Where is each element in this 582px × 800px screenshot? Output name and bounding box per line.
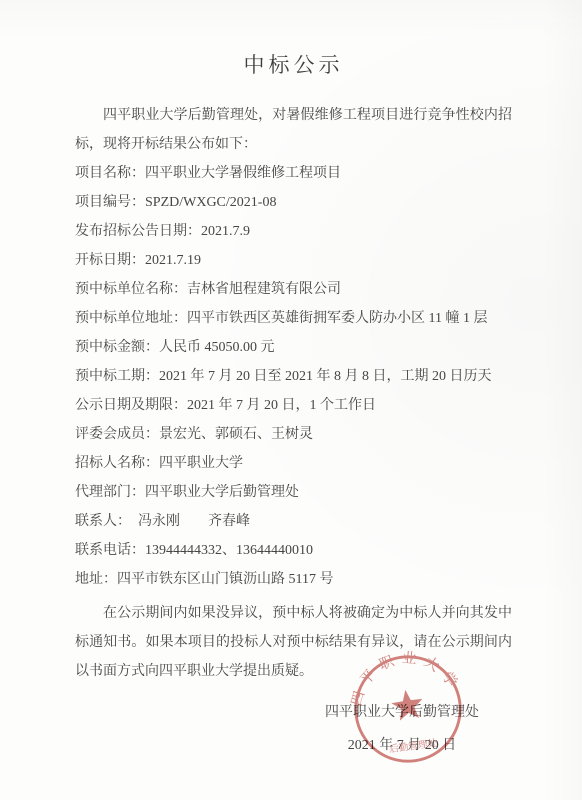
field-label: 预中标单位名称： <box>75 282 187 297</box>
field-label: 招标人名称： <box>75 456 159 471</box>
signature-org: 四平职业大学后勤管理处 <box>325 698 479 727</box>
field-address: 地址：四平市铁东区山门镇沥山路 5117 号 <box>75 565 512 594</box>
field-publicity-period: 公示日期及期限：2021 年 7 月 20 日，1 个工作日 <box>75 391 512 420</box>
field-construction-period: 预中标工期：2021 年 7 月 20 日至 2021 年 8 月 8 日，工期… <box>75 362 512 391</box>
field-tenderer-name: 招标人名称：四平职业大学 <box>75 449 512 478</box>
field-bid-amount: 预中标金额：人民币 45050.00 元 <box>75 333 512 362</box>
field-announcement-date: 发布招标公告日期：2021.7.9 <box>75 217 512 246</box>
field-label: 联系电话： <box>75 543 145 558</box>
field-label: 公示日期及期限： <box>75 398 187 413</box>
signature-block: 四平职业大学后勤管理处 2021 年 7 月 20 日 <box>325 698 479 760</box>
field-committee-members: 评委会成员：景宏光、郭硕石、王树灵 <box>75 420 512 449</box>
field-value: 2021.7.9 <box>201 224 250 239</box>
field-winner-name: 预中标单位名称：吉林省旭程建筑有限公司 <box>75 275 512 304</box>
field-label: 联系人： <box>75 514 124 529</box>
scanned-document-page: 中标公示 四平职业大学后勤管理处，对暑假维修工程项目进行竞争性校内招标，现将开标… <box>0 0 582 800</box>
field-project-name: 项目名称：四平职业大学暑假维修工程项目 <box>75 159 512 188</box>
signature-date: 2021 年 7 月 20 日 <box>348 731 457 760</box>
field-label: 开标日期： <box>75 253 145 268</box>
field-agency-department: 代理部门：四平职业大学后勤管理处 <box>75 478 512 507</box>
field-project-number: 项目编号：SPZD/WXGC/2021-08 <box>75 188 512 217</box>
field-label: 预中标单位地址： <box>75 311 187 326</box>
field-value: 四平职业大学 <box>159 456 243 471</box>
document-title: 中标公示 <box>75 50 512 80</box>
field-value: 13944444332、13644440010 <box>145 543 313 558</box>
field-label: 发布招标公告日期： <box>75 224 201 239</box>
field-winner-address: 预中标单位地址：四平市铁西区英雄街拥军委人防办小区 11 幢 1 层 <box>75 304 512 333</box>
field-value: 吉林省旭程建筑有限公司 <box>187 282 341 297</box>
field-label: 项目名称： <box>75 166 145 181</box>
field-value: 2021 年 7 月 20 日至 2021 年 8 月 8 日，工期 20 日历… <box>159 369 492 384</box>
field-list: 项目名称：四平职业大学暑假维修工程项目 项目编号：SPZD/WXGC/2021-… <box>75 159 512 594</box>
field-label: 地址： <box>75 572 117 587</box>
field-label: 项目编号： <box>75 195 145 210</box>
field-contact-person: 联系人： 冯永刚 齐春峰 <box>75 507 512 536</box>
field-value: 四平市铁东区山门镇沥山路 5117 号 <box>117 572 333 587</box>
field-value: 景宏光、郭硕石、王树灵 <box>159 427 313 442</box>
field-value: 四平职业大学后勤管理处 <box>145 485 299 500</box>
field-contact-phone: 联系电话：13944444332、13644440010 <box>75 536 512 565</box>
document-body: 中标公示 四平职业大学后勤管理处，对暑假维修工程项目进行竞争性校内招标，现将开标… <box>0 0 582 760</box>
field-value: 四平市铁西区英雄街拥军委人防办小区 11 幢 1 层 <box>187 311 487 326</box>
field-value: SPZD/WXGC/2021-08 <box>145 195 276 210</box>
field-label: 预中标金额： <box>75 340 159 355</box>
field-value: 人民币 45050.00 元 <box>159 340 275 355</box>
field-value: 四平职业大学暑假维修工程项目 <box>145 166 341 181</box>
field-label: 预中标工期： <box>75 369 159 384</box>
field-value: 2021.7.19 <box>145 253 201 268</box>
field-value: 冯永刚 齐春峰 <box>124 514 250 529</box>
closing-paragraph: 在公示期间内如果没异议，预中标人将被确定为中标人并向其发中标通知书。如果本项目的… <box>75 599 512 686</box>
intro-paragraph: 四平职业大学后勤管理处，对暑假维修工程项目进行竞争性校内招标，现将开标结果公布如… <box>75 101 512 159</box>
field-bid-opening-date: 开标日期：2021.7.19 <box>75 246 512 275</box>
field-label: 代理部门： <box>75 485 145 500</box>
field-value: 2021 年 7 月 20 日，1 个工作日 <box>187 398 376 413</box>
field-label: 评委会成员： <box>75 427 159 442</box>
